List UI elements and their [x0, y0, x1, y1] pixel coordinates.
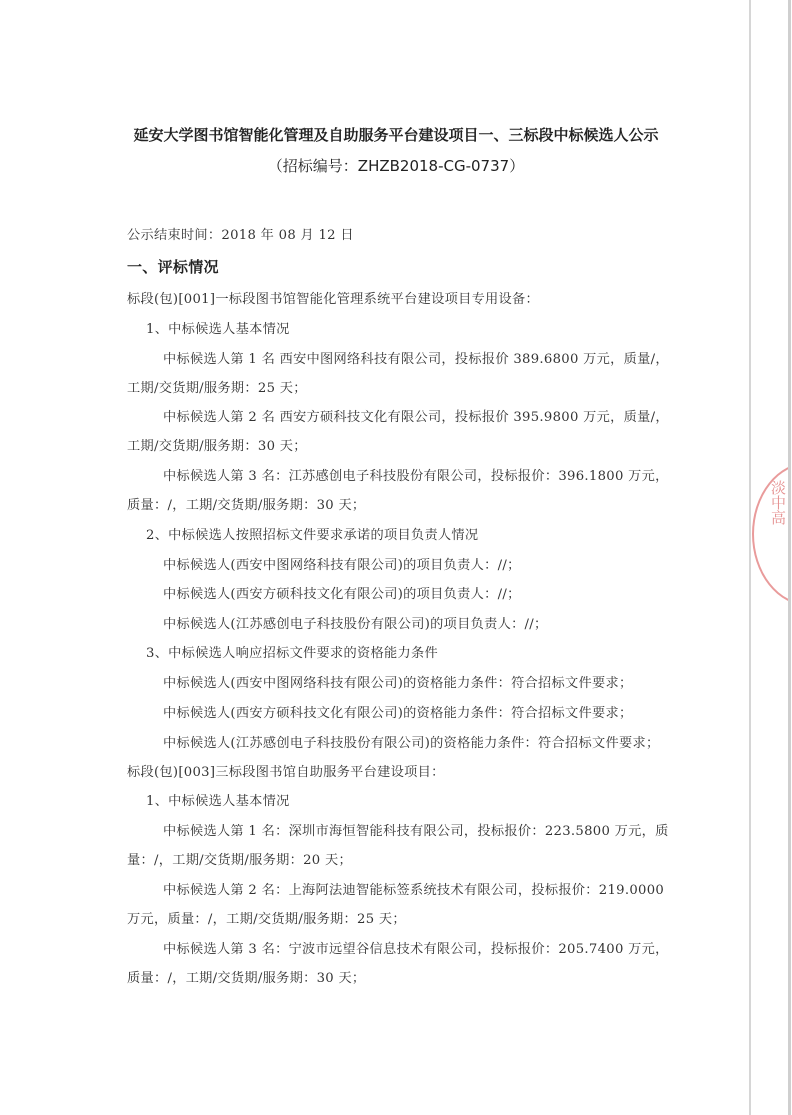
lot3-candidate-2-line1: 中标候选人第 2 名：上海阿法迪智能标签系统技术有限公司，投标报价：219.00…: [163, 879, 664, 898]
lot1-candidate-2-line1: 中标候选人第 2 名 西安方硕科技文化有限公司，投标报价 395.9800 万元…: [163, 406, 669, 425]
lot3-candidate-3-line1: 中标候选人第 3 名：宁波市远望谷信息技术有限公司，投标报价：205.7400 …: [163, 938, 669, 957]
lot1-manager-1: 中标候选人(西安中图网络科技有限公司)的项目负责人：//；: [163, 554, 521, 573]
lot1-candidate-3-line2: 质量：/，工期/交货期/服务期：30 天；: [127, 494, 365, 513]
document-page: 延安大学图书馆智能化管理及自助服务平台建设项目一、三标段中标候选人公示 （招标编…: [0, 0, 749, 1115]
tender-number: （招标编号：ZHZB2018-CG-0737）: [100, 155, 692, 176]
lot3-candidate-3-line2: 质量：/，工期/交货期/服务期：30 天；: [127, 967, 365, 986]
lot1-manager-heading: 2、中标候选人按照招标文件要求承诺的项目负责人情况: [146, 524, 478, 543]
lot1-heading: 标段(包)[001]一标段图书馆智能化管理系统平台建设项目专用设备：: [127, 288, 539, 307]
lot1-qualification-2: 中标候选人(西安方硕科技文化有限公司)的资格能力条件：符合招标文件要求；: [163, 702, 632, 721]
lot3-candidate-1-line2: 量：/，工期/交货期/服务期：20 天；: [127, 849, 352, 868]
lot1-manager-2: 中标候选人(西安方硕科技文化有限公司)的项目负责人：//；: [163, 583, 521, 602]
lot1-candidate-1-line1: 中标候选人第 1 名 西安中图网络科技有限公司，投标报价 389.6800 万元…: [163, 348, 669, 367]
lot1-manager-3: 中标候选人(江苏感创电子科技股份有限公司)的项目负责人：//；: [163, 613, 548, 632]
lot1-candidate-1-line2: 工期/交货期/服务期：25 天；: [127, 377, 307, 396]
lot1-candidate-2-line2: 工期/交货期/服务期：30 天；: [127, 435, 307, 454]
lot1-basic-heading: 1、中标候选人基本情况: [146, 318, 290, 337]
lot3-basic-heading: 1、中标候选人基本情况: [146, 790, 290, 809]
lot1-qualification-heading: 3、中标候选人响应招标文件要求的资格能力条件: [146, 642, 438, 661]
lot3-candidate-1-line1: 中标候选人第 1 名：深圳市海恒智能科技有限公司，投标报价：223.5800 万…: [163, 820, 669, 839]
seal-stamp-region: 淡中高: [750, 0, 788, 1115]
seal-stamp-text: 淡中高: [766, 480, 788, 525]
document-title: 延安大学图书馆智能化管理及自助服务平台建设项目一、三标段中标候选人公示: [100, 124, 692, 145]
announcement-end-time: 公示结束时间：2018 年 08 月 12 日: [127, 224, 354, 243]
lot3-heading: 标段(包)[003]三标段图书馆自助服务平台建设项目：: [127, 761, 445, 780]
lot1-candidate-3-line1: 中标候选人第 3 名：江苏感创电子科技股份有限公司，投标报价：396.1800 …: [163, 465, 669, 484]
section-heading-evaluation: 一、评标情况: [127, 256, 219, 277]
lot3-candidate-2-line2: 万元，质量：/，工期/交货期/服务期：25 天；: [127, 908, 406, 927]
lot1-qualification-3: 中标候选人(江苏感创电子科技股份有限公司)的资格能力条件：符合招标文件要求；: [163, 732, 659, 751]
page-edge-line-right: [788, 0, 791, 1115]
lot1-qualification-1: 中标候选人(西安中图网络科技有限公司)的资格能力条件：符合招标文件要求；: [163, 672, 632, 691]
